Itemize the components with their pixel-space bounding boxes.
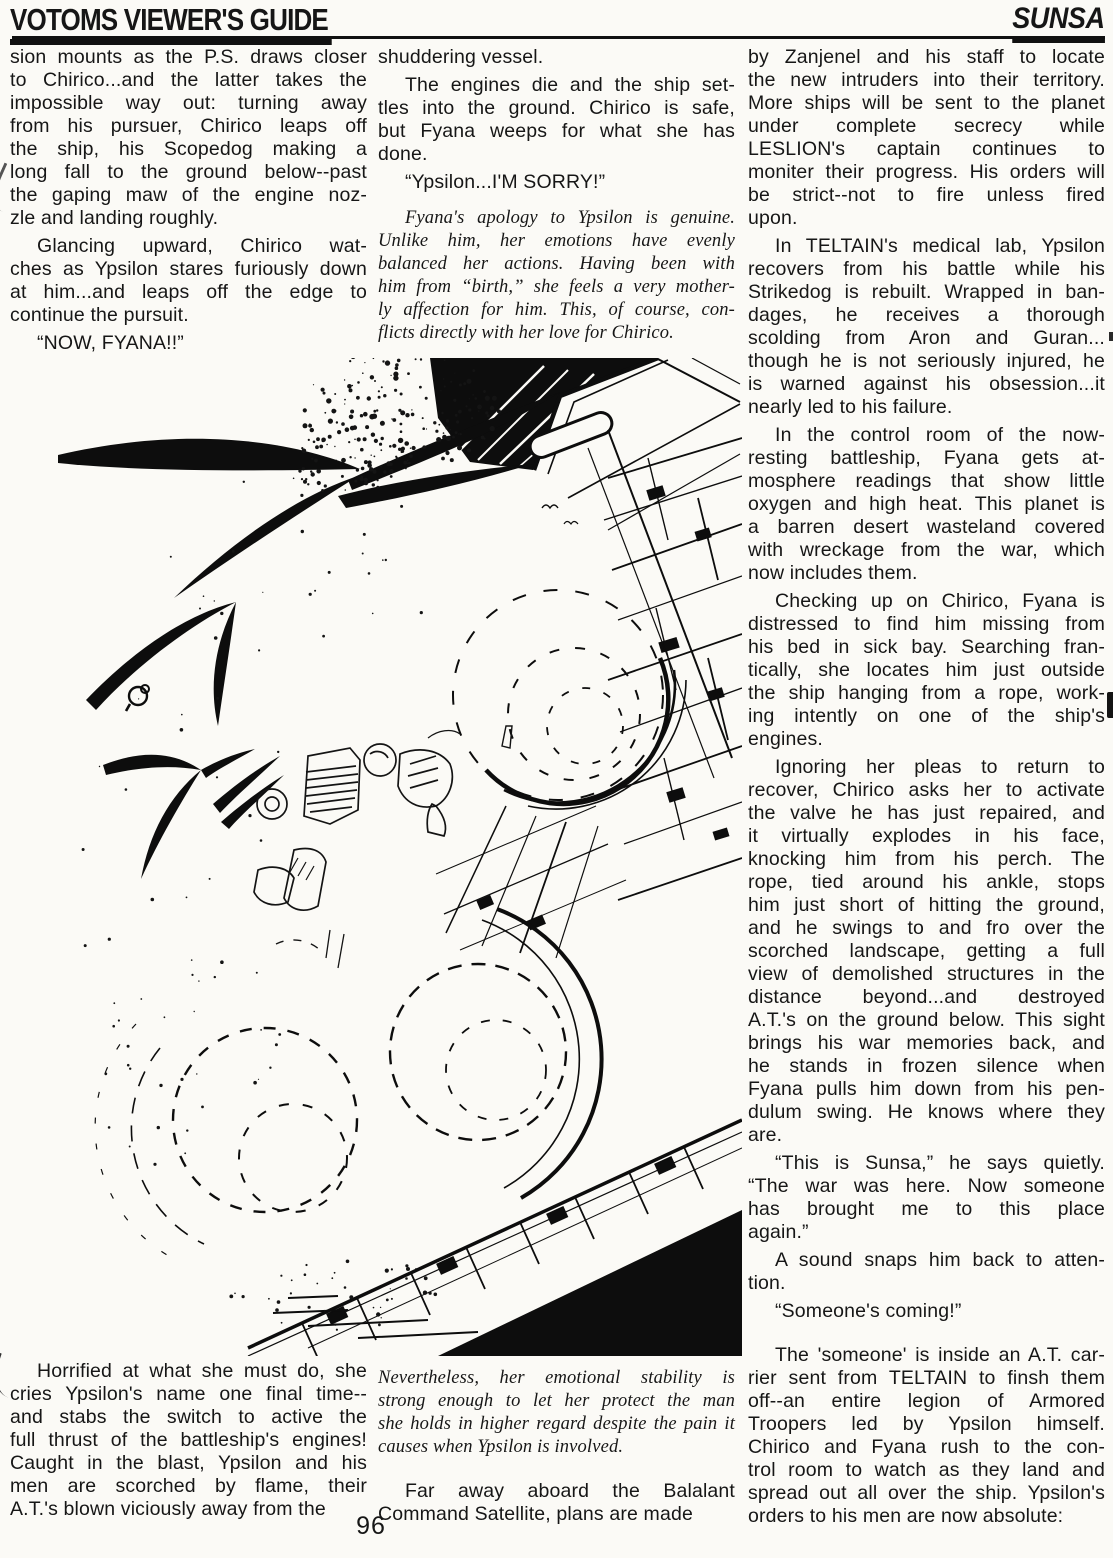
paragraph: Fyana's apology to Ypsilon is genuine.Un… (378, 207, 735, 345)
text-line: Far away aboard the Balalant (378, 1480, 735, 1503)
text-line: a barren desert wasteland covered (748, 516, 1105, 539)
text-line: ing intently on one of the ship's (748, 705, 1105, 728)
hull-band-bottom (248, 1120, 742, 1356)
text-line: men are scorched by flame, their (10, 1475, 367, 1498)
paragraph: “Ypsilon...I'M SORRY!” (378, 171, 735, 194)
paragraph: Ignoring her pleas to return torecover, … (748, 756, 1105, 1147)
text-line: scolding from Aron and Guran... (748, 327, 1105, 350)
text-line: Ignoring her pleas to return to (748, 756, 1105, 779)
text-line: shuddering vessel. (378, 46, 735, 69)
text-line: In the control room of the now- (748, 424, 1105, 447)
paragraph: The engines die and the ship set-tles in… (378, 74, 735, 166)
text-line: be strict--not to fire unless fired (748, 184, 1105, 207)
text-line: tion. (748, 1272, 1105, 1295)
column-left-bottom: Horrified at what she must do, shecries … (10, 1360, 367, 1521)
text-line: it virtually explodes in his face, (748, 825, 1105, 848)
text-line: distance beyond...and destroyed (748, 986, 1105, 1009)
paragraph: A sound snaps him back to atten-tion. (748, 1249, 1105, 1295)
text-line: she holds in higher regard despite the p… (378, 1413, 735, 1436)
text-line: tles into the ground. Chirico is safe, (378, 97, 735, 120)
text-line: balanced her actions. Having been with (378, 253, 735, 276)
text-line: rier sent from TELTAIN to finsh them (748, 1367, 1105, 1390)
paragraph: by Zanjenel and his staff to locatethe n… (748, 46, 1105, 230)
paragraph: Nevertheless, her emotional stability is… (378, 1367, 735, 1459)
text-line: the ship, his Scopedog making a (10, 138, 367, 161)
text-line: engines. (748, 728, 1105, 751)
text-line: are. (748, 1124, 1105, 1147)
paragraph: Checking up on Chirico, Fyana isdistress… (748, 590, 1105, 751)
text-line: ly affection for him. This, of course, c… (378, 299, 735, 322)
text-line: Checking up on Chirico, Fyana is (748, 590, 1105, 613)
text-line: resting battleship, Fyana gets at- (748, 447, 1105, 470)
text-line: dulum swing. He knows where they (748, 1101, 1105, 1124)
text-line: zle and landing roughly. (10, 207, 367, 230)
text-line: “Someone's coming!” (748, 1300, 1105, 1323)
text-line: Glancing upward, Chirico wat- (10, 235, 367, 258)
text-line: recover, Chirico asks her to activate (748, 779, 1105, 802)
text-line: off--an entire legion of Armored (748, 1390, 1105, 1413)
masthead-title: VOTOMS VIEWER'S GUIDE (10, 2, 331, 45)
debris-bolt (126, 685, 149, 711)
text-line: again.” (748, 1221, 1105, 1244)
text-line: “NOW, FYANA!!” (10, 332, 367, 355)
text-line: tically, she locates him just outside (748, 659, 1105, 682)
text-line: upon. (748, 207, 1105, 230)
text-line: view of demolished structures in the (748, 963, 1105, 986)
text-line: trol room to watch as they land and (748, 1459, 1105, 1482)
paragraph: In the control room of the now-resting b… (748, 424, 1105, 585)
column-right: by Zanjenel and his staff to locatethe n… (748, 46, 1105, 1528)
text-line: Caught in the blast, Ypsilon and his (10, 1452, 367, 1475)
text-line: the valve he has just repaired, and (748, 802, 1105, 825)
text-line: the ship hanging from a rope, work- (748, 682, 1105, 705)
paragraph: Glancing upward, Chirico wat-ches as Yps… (10, 235, 367, 327)
column-middle-bottom: Nevertheless, her emotional stability is… (378, 1354, 735, 1526)
text-line: to Chirico...and the latter takes the (10, 69, 367, 92)
text-line: but Fyana weeps for what she has (378, 120, 735, 143)
paragraph: “Someone's coming!” (748, 1300, 1105, 1323)
text-line: distressed to find him missing from (748, 613, 1105, 636)
text-line: Horrified at what she must do, she (10, 1360, 367, 1383)
text-line: “This is Sunsa,” he says quietly. (748, 1152, 1105, 1175)
paragraph: The 'someone' is inside an A.T. car-rier… (748, 1344, 1105, 1528)
text-line: full thrust of the battleship's engines! (10, 1429, 367, 1452)
text-line: oxygen and high heat. This planet is (748, 493, 1105, 516)
text-line: orders to his men are now absolute: (748, 1505, 1105, 1528)
paragraph: “NOW, FYANA!!” (10, 332, 367, 355)
column-middle-top: shuddering vessel.The engines die and th… (378, 46, 735, 345)
text-line: sion mounts as the P.S. draws closer (10, 46, 367, 69)
text-line: under complete secrecy while (748, 115, 1105, 138)
scanned-magazine-page: VOTOMS VIEWER'S GUIDE SUNSA sion mounts … (0, 0, 1113, 1558)
text-line: In TELTAIN's medical lab, Ypsilon (748, 235, 1105, 258)
text-line: continue the pursuit. (10, 304, 367, 327)
text-line: impossible way out: turning away (10, 92, 367, 115)
text-line: More ships will be sent to the planet (748, 92, 1105, 115)
column-left-top: sion mounts as the P.S. draws closerto C… (10, 46, 367, 355)
page-number: 96 (0, 1512, 742, 1541)
text-line: A.T.'s on the ground below. This sight (748, 1009, 1105, 1032)
text-line: A sound snaps him back to atten- (748, 1249, 1105, 1272)
text-line: The engines die and the ship set- (378, 74, 735, 97)
text-line: from his pursuer, Chirico leaps off (10, 115, 367, 138)
text-line: and stabs the switch to active the (10, 1406, 367, 1429)
text-line: by Zanjenel and his staff to locate (748, 46, 1105, 69)
text-line: cries Ypsilon's name one final time-- (10, 1383, 367, 1406)
engine-nozzles-lower (95, 909, 601, 1260)
text-line: his bed in sick bay. Searching fran- (748, 636, 1105, 659)
text-line: now includes them. (748, 562, 1105, 585)
text-line: long fall to the ground below--past (10, 161, 367, 184)
text-line: LESLION's captain continues to (748, 138, 1105, 161)
text-line: brings his war memories back, and (748, 1032, 1105, 1055)
text-line: he stands in frozen silence when (748, 1055, 1105, 1078)
hull-lattice (436, 806, 626, 958)
illustration-falling-scopedog (8, 358, 742, 1356)
text-line: done. (378, 143, 735, 166)
paragraph: In TELTAIN's medical lab, Ypsilonrecover… (748, 235, 1105, 419)
text-line: causes when Ypsilon is involved. (378, 1436, 735, 1459)
paragraph: Horrified at what she must do, shecries … (10, 1360, 367, 1521)
text-line: mosphere readings that show little (748, 470, 1105, 493)
text-line: though he is not seriously injured, he (748, 350, 1105, 373)
text-line: Strikedog is rebuilt. Wrapped in ban- (748, 281, 1105, 304)
paragraph: “This is Sunsa,” he says quietly.“The wa… (748, 1152, 1105, 1244)
engine-nozzle-upper (453, 590, 686, 809)
scan-artifact (1109, 332, 1113, 341)
scopedog-mecha (254, 726, 512, 968)
text-line: nearly led to his failure. (748, 396, 1105, 419)
text-line: flicts directly with her love for Chiric… (378, 322, 735, 345)
text-line: Troopers led by Ypsilon himself. (748, 1413, 1105, 1436)
text-line: moniter their progress. His orders will (748, 161, 1105, 184)
text-line: The 'someone' is inside an A.T. car- (748, 1344, 1105, 1367)
text-line: recovers from his battle while his (748, 258, 1105, 281)
text-line: with wreckage from the war, which (748, 539, 1105, 562)
text-line: the new intruders into their territory. (748, 69, 1105, 92)
text-line: strong enough to let her protect the man (378, 1390, 735, 1413)
speed-claw-shapes (58, 392, 560, 879)
text-line: spread out all over the ship. Ypsilon's (748, 1482, 1105, 1505)
text-line: Fyana pulls him down from his pen- (748, 1078, 1105, 1101)
text-line: scorched landscape, getting a full (748, 940, 1105, 963)
battleship-hull-top (430, 358, 740, 530)
text-line: “Ypsilon...I'M SORRY!” (378, 171, 735, 194)
text-line: and he swings to and fro over the (748, 917, 1105, 940)
text-line: has brought me to this place (748, 1198, 1105, 1221)
text-line: “The war was here. Now someone (748, 1175, 1105, 1198)
text-line: rope, tied around his ankle, stops (748, 871, 1105, 894)
page-header: VOTOMS VIEWER'S GUIDE SUNSA (10, 2, 1105, 44)
text-line: knocking him from his perch. The (748, 848, 1105, 871)
text-line: dages, he receives a thorough (748, 304, 1105, 327)
scan-artifact (1107, 692, 1113, 718)
text-line: ches as Ypsilon stares furiously down (10, 258, 367, 281)
text-line: him just short of hitting the ground, (748, 894, 1105, 917)
text-line: Fyana's apology to Ypsilon is genuine. (378, 207, 735, 230)
text-line: Unlike him, her emotions have evenly (378, 230, 735, 253)
text-line: the gaping maw of the engine noz- (10, 184, 367, 207)
text-line: is warned against his obsession...it (748, 373, 1105, 396)
text-line: at him...and leaps off the edge to (10, 281, 367, 304)
text-line: Chirico and Fyana rush to the con- (748, 1436, 1105, 1459)
section-title: SUNSA (1013, 2, 1105, 43)
paragraph: sion mounts as the P.S. draws closerto C… (10, 46, 367, 230)
text-line: Nevertheless, her emotional stability is (378, 1367, 735, 1390)
text-line: him from “birth,” she feels a very mothe… (378, 276, 735, 299)
paragraph: shuddering vessel. (378, 46, 735, 69)
